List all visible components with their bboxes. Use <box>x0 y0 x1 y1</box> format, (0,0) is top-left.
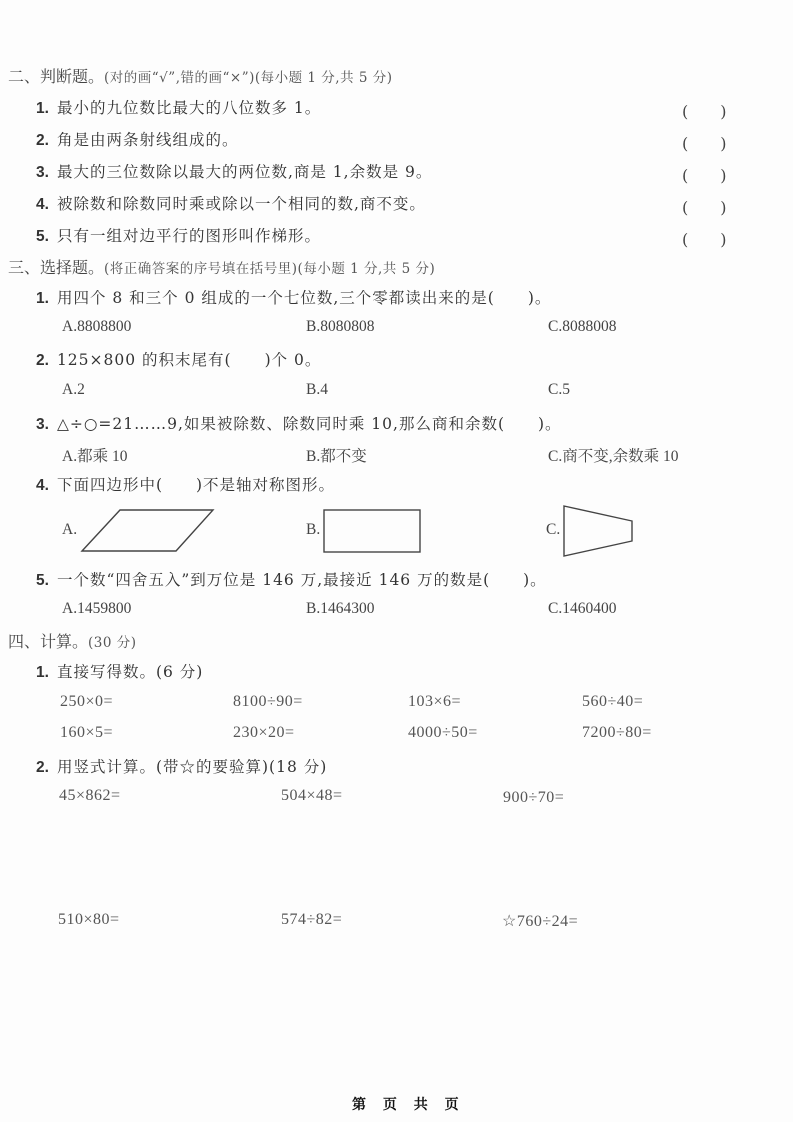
judge-item-3: 3.最大的三位数除以最大的两位数,商是 1,余数是 9。 <box>36 160 432 182</box>
oral-calc-5[interactable]: 160×5= <box>60 724 113 742</box>
choice-1-option-a[interactable]: A.8808800 <box>62 318 131 336</box>
section-2-note: (对的画“√”,错的画“×”)(每小题 1 分,共 5 分) <box>104 70 393 86</box>
choice-4-option-b[interactable]: B. <box>306 521 320 539</box>
judge-item-2: 2.角是由两条射线组成的。 <box>36 128 238 150</box>
section-3-title: 三、选择题。 <box>8 258 104 277</box>
choice-1-option-b[interactable]: B.8080808 <box>306 318 374 336</box>
choice-2-option-c[interactable]: C.5 <box>548 381 570 399</box>
section-4-heading: 四、计算。(30 分) <box>8 629 137 652</box>
section-2-heading: 二、判断题。(对的画“√”,错的画“×”)(每小题 1 分,共 5 分) <box>8 64 393 87</box>
section-3-note: (将正确答案的序号填在括号里)(每小题 1 分,共 5 分) <box>104 261 435 277</box>
oral-calc-7[interactable]: 4000÷50= <box>408 724 478 742</box>
judge-answer-3[interactable]: ( ) <box>682 163 727 186</box>
choice-4-option-c[interactable]: C. <box>546 521 560 539</box>
vertical-calc-2[interactable]: 504×48= <box>281 787 343 805</box>
judge-item-4: 4.被除数和除数同时乘或除以一个相同的数,商不变。 <box>36 192 426 214</box>
choice-2-option-a[interactable]: A.2 <box>62 381 85 399</box>
oral-calc-8[interactable]: 7200÷80= <box>582 724 652 742</box>
choice-2-option-b[interactable]: B.4 <box>306 381 328 399</box>
vertical-calc-5[interactable]: 574÷82= <box>281 911 342 929</box>
choice-3-option-a[interactable]: A.都乘 10 <box>62 444 127 466</box>
page-footer: 第 页 共 页 <box>352 1094 465 1114</box>
vertical-calc-6[interactable]: ☆760÷24= <box>502 911 578 931</box>
oral-calc-2[interactable]: 8100÷90= <box>233 693 303 711</box>
parallelogram-shape <box>80 508 215 553</box>
choice-item-3: 3.△÷○=21……9,如果被除数、除数同时乘 10,那么商和余数( )。 <box>36 412 562 434</box>
choice-5-option-c[interactable]: C.1460400 <box>548 600 616 618</box>
oral-calc-4[interactable]: 560÷40= <box>582 693 643 711</box>
choice-3-option-b[interactable]: B.都不变 <box>306 444 367 466</box>
judge-item-5: 5.只有一组对边平行的图形叫作梯形。 <box>36 224 321 246</box>
choice-5-option-a[interactable]: A.1459800 <box>62 600 131 618</box>
judge-answer-2[interactable]: ( ) <box>682 131 727 154</box>
choice-3-option-c[interactable]: C.商不变,余数乘 10 <box>548 444 678 466</box>
choice-1-option-c[interactable]: C.8088008 <box>548 318 616 336</box>
oral-calc-6[interactable]: 230×20= <box>233 724 295 742</box>
choice-item-1: 1.用四个 8 和三个 0 组成的一个七位数,三个零都读出来的是( )。 <box>36 286 551 308</box>
choice-item-5: 5.一个数“四舍五入”到万位是 146 万,最接近 146 万的数是( )。 <box>36 568 547 590</box>
section-3-heading: 三、选择题。(将正确答案的序号填在括号里)(每小题 1 分,共 5 分) <box>8 255 435 278</box>
judge-answer-1[interactable]: ( ) <box>682 99 727 122</box>
vertical-calc-1[interactable]: 45×862= <box>59 787 121 805</box>
section-2-title: 二、判断题。 <box>8 67 104 86</box>
oral-calc-1[interactable]: 250×0= <box>60 693 113 711</box>
vertical-calc-4[interactable]: 510×80= <box>58 911 120 929</box>
calc-part-1: 1.直接写得数。(6 分) <box>36 660 203 682</box>
trapezoid-shape <box>562 504 634 558</box>
calc-part-2: 2.用竖式计算。(带☆的要验算)(18 分) <box>36 755 327 777</box>
section-4-note: (30 分) <box>88 635 137 651</box>
choice-item-4: 4.下面四边形中( )不是轴对称图形。 <box>36 473 335 495</box>
rectangle-shape <box>322 508 422 553</box>
section-4-title: 四、计算。 <box>8 632 88 651</box>
choice-item-2: 2.125×800 的积末尾有( )个 0。 <box>36 348 321 370</box>
choice-4-option-a[interactable]: A. <box>62 521 77 539</box>
vertical-calc-3[interactable]: 900÷70= <box>503 789 564 807</box>
oral-calc-3[interactable]: 103×6= <box>408 693 461 711</box>
judge-answer-4[interactable]: ( ) <box>682 195 727 218</box>
choice-5-option-b[interactable]: B.1464300 <box>306 600 374 618</box>
judge-answer-5[interactable]: ( ) <box>682 227 727 250</box>
judge-item-1: 1.最小的九位数比最大的八位数多 1。 <box>36 96 321 118</box>
